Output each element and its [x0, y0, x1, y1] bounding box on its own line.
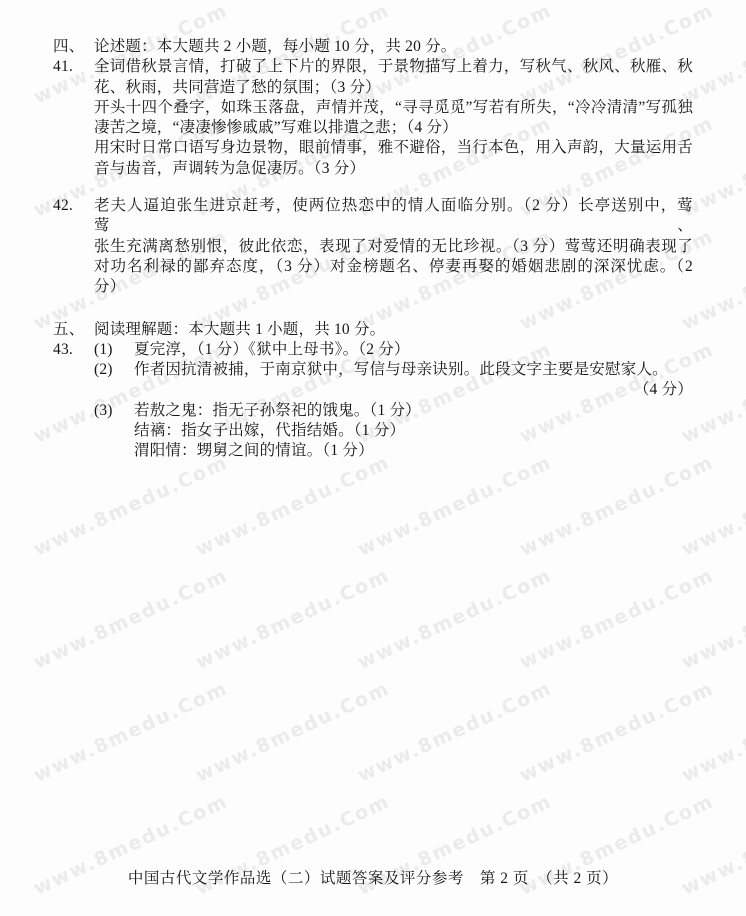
answer-line: 渭阳情：甥舅之间的情谊。（1 分）	[134, 441, 693, 461]
section-4-heading-text: 论述题：本大题共 2 小题，每小题 10 分，共 20 分。	[94, 37, 693, 57]
answer-line: 用宋时日常口语写身边景物，眼前情事，雅不避俗，当行本色，用入声韵，大量运用舌	[94, 138, 693, 158]
watermark-text: www.8medu.Com	[354, 677, 555, 786]
section-4-label: 四、	[53, 37, 94, 57]
answer-line: 结褵：指女子出嫁，代指结婚。（1 分）	[134, 421, 693, 441]
item-2-marker: (2)	[94, 360, 134, 380]
watermark-text: www.8medu.Com	[678, 451, 746, 560]
answer-line: 对功名利禄的鄙弃态度，（3 分）对金榜题名、停妻再娶的婚姻悲剧的深深忧虑。（2	[94, 257, 693, 277]
question-43-number: 43.	[53, 340, 94, 360]
answer-line: 张生充满离愁别恨，彼此依恋，表现了对爱情的无比珍视。（3 分）莺莺还明确表现了	[94, 237, 693, 257]
page-content: 四、 论述题：本大题共 2 小题，每小题 10 分，共 20 分。 41. 全词…	[53, 37, 693, 462]
item-1-marker: (1)	[94, 340, 134, 360]
question-41-number: 41.	[53, 57, 94, 77]
answer-line: 凄苦之境，“凄凄惨惨戚戚”写难以排遣之悲；（4 分）	[94, 118, 693, 138]
page-footer: 中国古代文学作品选（二）试题答案及评分参考 第 2 页 （共 2 页）	[0, 866, 746, 888]
question-43-item-2: (2) 作者因抗清被捕，于南京狱中，写信与母亲诀别。此段文字主要是安慰家人。	[53, 360, 693, 380]
question-41: 41. 全词借秋景言情，打破了上下片的界限，于景物描写上着力，写秋气、秋风、秋雁…	[53, 57, 693, 179]
question-43-item-3: (3) 若敖之鬼：指无子孙祭祀的饿鬼。（1 分） 结褵：指女子出嫁，代指结婚。（…	[53, 401, 693, 462]
answer-line: 音与齿音，声调转为急促凄厉。（3 分）	[94, 159, 693, 179]
watermark-text: www.8medu.Com	[30, 451, 231, 560]
watermark-text: www.8medu.Com	[30, 677, 231, 786]
watermark-text: www.8medu.Com	[516, 677, 717, 786]
question-42: 42. 老夫人逼迫张生进京赶考，使两位热恋中的情人面临分别。（2 分）长亭送别中…	[53, 196, 693, 297]
question-42-number: 42.	[53, 196, 94, 216]
watermark-text: www.8medu.Com	[192, 677, 393, 786]
watermark-text: www.8medu.Com	[30, 564, 231, 673]
answer-line: 开头十四个叠字，如珠玉落盘，声情并茂，“寻寻觅觅”写若有所失，“冷冷清清”写孤独	[94, 98, 693, 118]
answer-line: 若敖之鬼：指无子孙祭祀的饿鬼。（1 分）	[134, 401, 693, 421]
item-1-answer: 夏完淳，（1 分）《狱中上母书》。（2 分）	[134, 340, 693, 360]
watermark-text: www.8medu.Com	[354, 451, 555, 560]
scanned-answer-sheet-page: www.8medu.Comwww.8medu.Comwww.8medu.Comw…	[0, 0, 746, 916]
section-5-label: 五、	[53, 320, 94, 340]
watermark-text: www.8medu.Com	[192, 564, 393, 673]
watermark-text: www.8medu.Com	[516, 451, 717, 560]
section-5-heading: 五、 阅读理解题：本大题共 1 小题，共 10 分。	[53, 320, 693, 340]
answer-line: 老夫人逼迫张生进京赶考，使两位热恋中的情人面临分别。（2 分）长亭送别中，莺莺、	[94, 196, 693, 237]
section-5-heading-text: 阅读理解题：本大题共 1 小题，共 10 分。	[94, 320, 693, 340]
watermark-text: www.8medu.Com	[192, 451, 393, 560]
section-4-heading: 四、 论述题：本大题共 2 小题，每小题 10 分，共 20 分。	[53, 37, 693, 57]
answer-line: 花、秋雨，共同营造了愁的氛围；（3 分）	[94, 78, 693, 98]
item-3-answer: 若敖之鬼：指无子孙祭祀的饿鬼。（1 分） 结褵：指女子出嫁，代指结婚。（1 分）…	[134, 401, 693, 462]
answer-line: 全词借秋景言情，打破了上下片的界限，于景物描写上着力，写秋气、秋风、秋雁、秋	[94, 57, 693, 77]
watermark-text: www.8medu.Com	[678, 677, 746, 786]
answer-line: 分）	[94, 277, 693, 297]
question-43-item-1: 43. (1) 夏完淳，（1 分）《狱中上母书》。（2 分）	[53, 340, 693, 360]
watermark-text: www.8medu.Com	[678, 564, 746, 673]
item-2-score: （4 分）	[53, 380, 693, 400]
item-2-answer: 作者因抗清被捕，于南京狱中，写信与母亲诀别。此段文字主要是安慰家人。	[134, 360, 693, 380]
question-43-item-2-score: （4 分）	[53, 380, 693, 400]
watermark-text: www.8medu.Com	[516, 564, 717, 673]
question-41-answer: 全词借秋景言情，打破了上下片的界限，于景物描写上着力，写秋气、秋风、秋雁、秋 花…	[94, 57, 693, 179]
item-3-marker: (3)	[94, 401, 134, 421]
watermark-text: www.8medu.Com	[354, 564, 555, 673]
question-42-answer: 老夫人逼迫张生进京赶考，使两位热恋中的情人面临分别。（2 分）长亭送别中，莺莺、…	[94, 196, 693, 297]
